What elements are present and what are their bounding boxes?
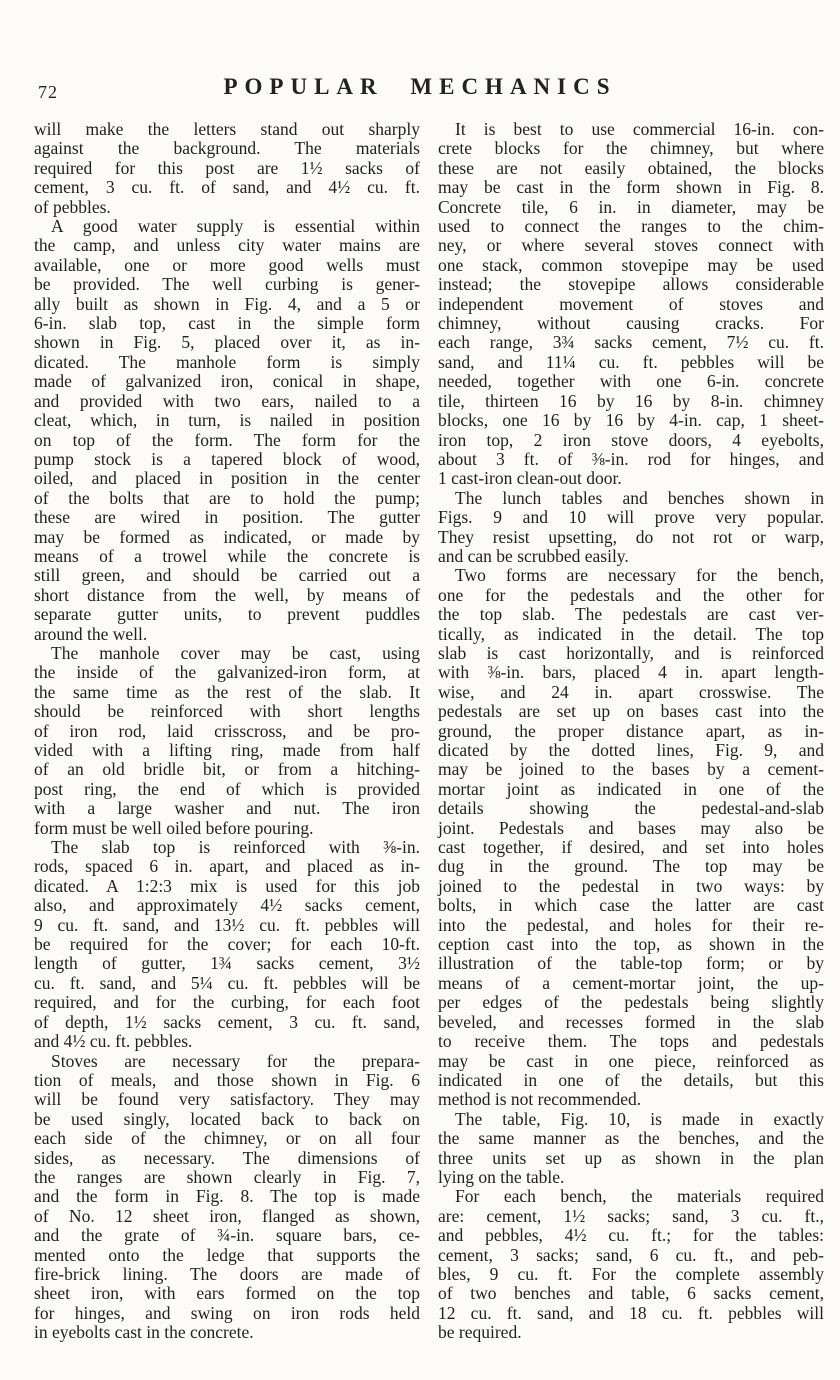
text-line: should be reinforced with short lengths [34, 702, 420, 721]
text-line: to receive them. The tops and pedestals [438, 1032, 824, 1051]
column-left: will make the letters stand out sharplya… [34, 120, 420, 1343]
text-line: of iron rod, laid crisscross, and be pro… [34, 722, 420, 741]
text-line: cement, 3 cu. ft. of sand, and 4½ cu. ft… [34, 178, 420, 197]
text-line: required for this post are 1½ sacks of [34, 159, 420, 178]
text-line: the top slab. The pedestals are cast ver… [438, 605, 824, 624]
text-line: and the grate of ¾-in. square bars, ce- [34, 1226, 420, 1245]
text-line: mortar joint as indicated in one of the [438, 780, 824, 799]
text-line: ground, the proper distance apart, as in… [438, 722, 824, 741]
text-line: of two benches and table, 6 sacks cement… [438, 1284, 824, 1303]
text-line: be required. [438, 1323, 824, 1342]
text-line: three units set up as shown in the plan [438, 1149, 824, 1168]
text-line: lying on the table. [438, 1168, 824, 1187]
text-line: one stack, common stovepipe may be used [438, 256, 824, 275]
text-line: joined to the pedestal in two ways: by [438, 877, 824, 896]
text-line: about 3 ft. of ⅜-in. rod for hinges, and [438, 450, 824, 469]
text-line: method is not recommended. [438, 1090, 824, 1109]
text-line: iron top, 2 iron stove doors, 4 eyebolts… [438, 431, 824, 450]
text-line: against the background. The materials [34, 139, 420, 158]
text-line: beveled, and recesses formed in the slab [438, 1013, 824, 1032]
text-line: may be joined to the bases by a cement- [438, 760, 824, 779]
text-line: tion of meals, and those shown in Fig. 6 [34, 1071, 420, 1090]
paragraph: A good water supply is essential withint… [34, 217, 420, 644]
text-line: dicated. The manhole form is simply [34, 353, 420, 372]
text-line: cleat, which, in turn, is nailed in posi… [34, 411, 420, 430]
paragraph: The slab top is reinforced with ⅜-in.rod… [34, 838, 420, 1051]
text-line: into the pedestal, and holes for their r… [438, 916, 824, 935]
text-line: may be cast in one piece, reinforced as [438, 1052, 824, 1071]
text-line: separate gutter units, to prevent puddle… [34, 605, 420, 624]
paragraph: The manhole cover may be cast, usingthe … [34, 644, 420, 838]
text-line: bles, 9 cu. ft. For the complete assembl… [438, 1265, 824, 1284]
text-line: blocks, one 16 by 16 by 4-in. cap, 1 she… [438, 411, 824, 430]
text-line: Figs. 9 and 10 will prove very popular. [438, 508, 824, 527]
text-line: one for the pedestals and the other for [438, 586, 824, 605]
text-line: made of galvanized iron, conical in shap… [34, 372, 420, 391]
text-line: the camp, and unless city water mains ar… [34, 236, 420, 255]
text-line: pedestals are set up on bases cast into … [438, 702, 824, 721]
text-line: means of a trowel while the concrete is [34, 547, 420, 566]
text-line: It is best to use commercial 16-in. con- [438, 120, 824, 139]
text-line: used to connect the ranges to the chim- [438, 217, 824, 236]
text-line: illustration of the table-top form; or b… [438, 954, 824, 973]
text-line: dicated. A 1:2:3 mix is used for this jo… [34, 877, 420, 896]
text-line: and the form in Fig. 8. The top is made [34, 1187, 420, 1206]
text-line: dicated by the dotted lines, Fig. 9, and [438, 741, 824, 760]
text-line: sand, and 11¼ cu. ft. pebbles will be [438, 353, 824, 372]
text-line: required, and for the curbing, for each … [34, 993, 420, 1012]
paragraph: Stoves are necessary for the prepara-tio… [34, 1052, 420, 1343]
text-line: 12 cu. ft. sand, and 18 cu. ft. pebbles … [438, 1304, 824, 1323]
text-line: these are wired in position. The gutter [34, 508, 420, 527]
text-line: slab is cast horizontally, and is reinfo… [438, 644, 824, 663]
text-line: may be formed as indicated, or made by [34, 528, 420, 547]
magazine-title: POPULAR MECHANICS [0, 74, 840, 100]
text-line: Concrete tile, 6 in. in diameter, may be [438, 198, 824, 217]
text-line: tically, as indicated in the detail. The… [438, 625, 824, 644]
text-line: needed, together with one 6-in. concrete [438, 372, 824, 391]
text-line: sheet iron, with ears formed on the top [34, 1284, 420, 1303]
text-line: of the bolts that are to hold the pump; [34, 489, 420, 508]
text-line: available, one or more good wells must [34, 256, 420, 275]
text-line: bolts, in which case the latter are cast [438, 896, 824, 915]
text-line: shown in Fig. 5, placed over it, as in- [34, 333, 420, 352]
text-line: ception cast into the top, as shown in t… [438, 935, 824, 954]
text-line: of an old bridle bit, or from a hitching… [34, 760, 420, 779]
text-line: the ranges are shown clearly in Fig. 7, [34, 1168, 420, 1187]
text-line: the same manner as the benches, and the [438, 1129, 824, 1148]
text-line: will be found very satisfactory. They ma… [34, 1090, 420, 1109]
paragraph: will make the letters stand out sharplya… [34, 120, 420, 217]
text-line: short distance from the well, by means o… [34, 586, 420, 605]
text-line: sides, as necessary. The dimensions of [34, 1149, 420, 1168]
article-body: will make the letters stand out sharplya… [34, 120, 824, 1343]
text-line: with ⅜-in. bars, placed 4 in. apart leng… [438, 663, 824, 682]
text-line: may be cast in the form shown in Fig. 8. [438, 178, 824, 197]
text-line: The table, Fig. 10, is made in exactly [438, 1110, 824, 1129]
text-line: crete blocks for the chimney, but where [438, 139, 824, 158]
text-line: and can be scrubbed easily. [438, 547, 824, 566]
text-line: with a large washer and nut. The iron [34, 799, 420, 818]
text-line: ney, or where several stoves connect wit… [438, 236, 824, 255]
text-line: 1 cast-iron clean-out door. [438, 469, 824, 488]
text-line: oiled, and placed in position in the cen… [34, 469, 420, 488]
text-line: means of a cement-mortar joint, the up- [438, 974, 824, 993]
text-line: for hinges, and swing on iron rods held [34, 1304, 420, 1323]
text-line: in eyebolts cast in the concrete. [34, 1323, 420, 1342]
text-line: joint. Pedestals and bases may also be [438, 819, 824, 838]
text-line: chimney, without causing cracks. For [438, 314, 824, 333]
text-line: Two forms are necessary for the bench, [438, 566, 824, 585]
text-line: 9 cu. ft. sand, and 13½ cu. ft. pebbles … [34, 916, 420, 935]
paragraph: The table, Fig. 10, is made in exactlyth… [438, 1110, 824, 1188]
text-line: also, and approximately 4½ sacks cement, [34, 896, 420, 915]
text-line: The lunch tables and benches shown in [438, 489, 824, 508]
text-line: form must be well oiled before pouring. [34, 819, 420, 838]
text-line: Stoves are necessary for the prepara- [34, 1052, 420, 1071]
text-line: and pebbles, 4½ cu. ft.; for the tables: [438, 1226, 824, 1245]
text-line: these are not easily obtained, the block… [438, 159, 824, 178]
text-line: and provided with two ears, nailed to a [34, 392, 420, 411]
text-line: They resist upsetting, do not rot or war… [438, 528, 824, 547]
text-line: are: cement, 1½ sacks; sand, 3 cu. ft., [438, 1207, 824, 1226]
text-line: cu. ft. sand, and 5¼ cu. ft. pebbles wil… [34, 974, 420, 993]
text-line: per edges of the pedestals being slightl… [438, 993, 824, 1012]
text-line: post ring, the end of which is provided [34, 780, 420, 799]
text-line: the same time as the rest of the slab. I… [34, 683, 420, 702]
text-line: details showing the pedestal-and-slab [438, 799, 824, 818]
text-line: dug in the ground. The top may be [438, 857, 824, 876]
text-line: each side of the chimney, or on all four [34, 1129, 420, 1148]
text-line: indicated in one of the details, but thi… [438, 1071, 824, 1090]
text-line: mented onto the ledge that supports the [34, 1246, 420, 1265]
text-line: pump stock is a tapered block of wood, [34, 450, 420, 469]
text-line: fire-brick lining. The doors are made of [34, 1265, 420, 1284]
text-line: instead; the stovepipe allows considerab… [438, 275, 824, 294]
paragraph: It is best to use commercial 16-in. con-… [438, 120, 824, 489]
text-line: still green, and should be carried out a [34, 566, 420, 585]
text-line: be used singly, located back to back on [34, 1110, 420, 1129]
text-line: the inside of the galvanized-iron form, … [34, 663, 420, 682]
text-line: cement, 3 sacks; sand, 6 cu. ft., and pe… [438, 1246, 824, 1265]
text-line: be required for the cover; for each 10-f… [34, 935, 420, 954]
text-line: tile, thirteen 16 by 16 by 8-in. chimney [438, 392, 824, 411]
text-line: of pebbles. [34, 198, 420, 217]
text-line: ally built as shown in Fig. 4, and a 5 o… [34, 295, 420, 314]
paragraph: Two forms are necessary for the bench,on… [438, 566, 824, 1109]
text-line: A good water supply is essential within [34, 217, 420, 236]
text-line: independent movement of stoves and [438, 295, 824, 314]
text-line: around the well. [34, 625, 420, 644]
text-line: each range, 3¾ sacks cement, 7½ cu. ft. [438, 333, 824, 352]
paragraph: The lunch tables and benches shown inFig… [438, 489, 824, 567]
text-line: rods, spaced 6 in. apart, and placed as … [34, 857, 420, 876]
text-line: For each bench, the materials required [438, 1187, 824, 1206]
text-line: The slab top is reinforced with ⅜-in. [34, 838, 420, 857]
text-line: of No. 12 sheet iron, flanged as shown, [34, 1207, 420, 1226]
page-header: 72 POPULAR MECHANICS [0, 0, 840, 110]
text-line: 6-in. slab top, cast in the simple form [34, 314, 420, 333]
text-line: wise, and 24 in. apart crosswise. The [438, 683, 824, 702]
text-line: on top of the form. The form for the [34, 431, 420, 450]
text-line: length of gutter, 1¾ sacks cement, 3½ [34, 954, 420, 973]
paragraph: For each bench, the materials requiredar… [438, 1187, 824, 1342]
column-right: It is best to use commercial 16-in. con-… [438, 120, 824, 1343]
text-line: be provided. The well curbing is gener- [34, 275, 420, 294]
text-line: vided with a lifting ring, made from hal… [34, 741, 420, 760]
text-line: will make the letters stand out sharply [34, 120, 420, 139]
text-line: and 4½ cu. ft. pebbles. [34, 1032, 420, 1051]
text-line: cast together, if desired, and set into … [438, 838, 824, 857]
text-line: The manhole cover may be cast, using [34, 644, 420, 663]
text-line: of depth, 1½ sacks cement, 3 cu. ft. san… [34, 1013, 420, 1032]
